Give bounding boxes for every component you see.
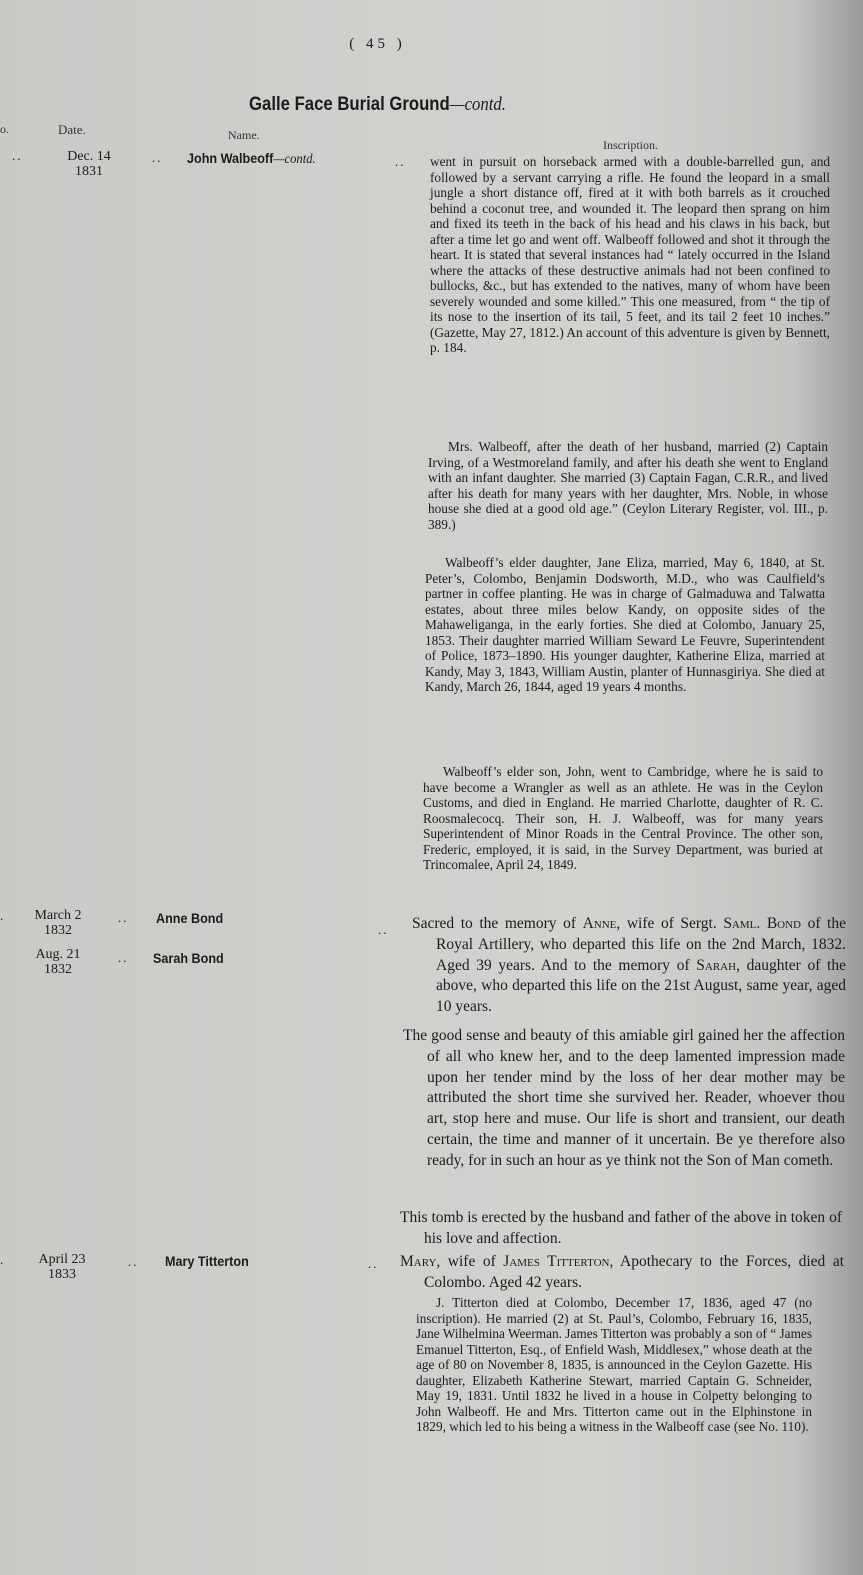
column-header-name: Name.	[228, 128, 260, 143]
text: Saml. Bond	[723, 915, 801, 932]
text: Sarah	[696, 957, 736, 974]
entry-name: Mary Titterton	[165, 1253, 249, 1269]
inscription-paragraph: went in pursuit on horseback armed with …	[430, 154, 830, 356]
inscription-paragraph: Sacred to the memory of Anne, wife of Se…	[412, 914, 846, 1018]
date-year: 1832	[18, 923, 98, 938]
note-paragraph: Walbeoff’s elder son, John, went to Camb…	[423, 764, 823, 873]
inscription-paragraph: This tomb is erected by the husband and …	[400, 1208, 842, 1250]
leader-dots: ..	[152, 150, 163, 166]
leader-dots: ..	[378, 922, 389, 938]
date-day: Aug. 21	[18, 947, 98, 962]
entry-date: March 2 1832	[18, 908, 98, 938]
date-day: March 2	[18, 908, 98, 923]
inscription-paragraph: The good sense and beauty of this amiabl…	[403, 1026, 845, 1172]
page-number: ( 45 )	[0, 36, 755, 53]
date-year: 1833	[22, 1267, 102, 1282]
date-day: Dec. 14	[49, 149, 129, 164]
entry-date: Dec. 14 1831	[49, 149, 129, 179]
leader-dots: ..	[368, 1256, 379, 1272]
entry-name: Sarah Bond	[153, 950, 224, 966]
date-year: 1831	[49, 164, 129, 179]
text: Sacred to the memory of	[412, 915, 583, 932]
entry-date: April 23 1833	[22, 1252, 102, 1282]
column-header-inscription: Inscription.	[603, 138, 658, 153]
inscription-paragraph: Mary, wife of James Titterton, Apothecar…	[400, 1252, 844, 1294]
leader-dots: ..	[128, 1254, 139, 1270]
title-suffix: —contd.	[450, 94, 506, 115]
column-header-no: o.	[0, 122, 9, 137]
leader-dots: .	[0, 1252, 5, 1268]
title-text: Galle Face Burial Ground	[249, 94, 450, 115]
text: James Titterton	[503, 1253, 609, 1270]
entry-name: John Walbeoff—contd.	[187, 150, 316, 168]
entry-name: Anne Bond	[156, 910, 223, 926]
text: , wife of	[436, 1253, 503, 1270]
leader-dots: ..	[12, 148, 23, 164]
page-title: Galle Face Burial Ground—contd.	[45, 94, 709, 116]
leader-dots: ..	[395, 154, 406, 170]
text: Anne	[583, 915, 617, 932]
entry-date: Aug. 21 1832	[18, 947, 98, 977]
note-paragraph: Walbeoff’s elder daughter, Jane Eliza, m…	[425, 555, 825, 695]
name-suffix: —contd.	[273, 152, 315, 167]
date-day: April 23	[22, 1252, 102, 1267]
text: Mary	[400, 1253, 436, 1270]
leader-dots: ..	[118, 950, 129, 966]
leader-dots: ..	[118, 910, 129, 926]
date-year: 1832	[18, 962, 98, 977]
column-header-date: Date.	[58, 122, 86, 138]
text: , wife of Sergt.	[616, 915, 723, 932]
leader-dots: .	[0, 908, 5, 924]
note-paragraph: J. Titterton died at Colombo, December 1…	[416, 1295, 812, 1435]
note-paragraph: Mrs. Walbeoff, after the death of her hu…	[428, 439, 828, 532]
name-text: John Walbeoff	[187, 150, 273, 166]
